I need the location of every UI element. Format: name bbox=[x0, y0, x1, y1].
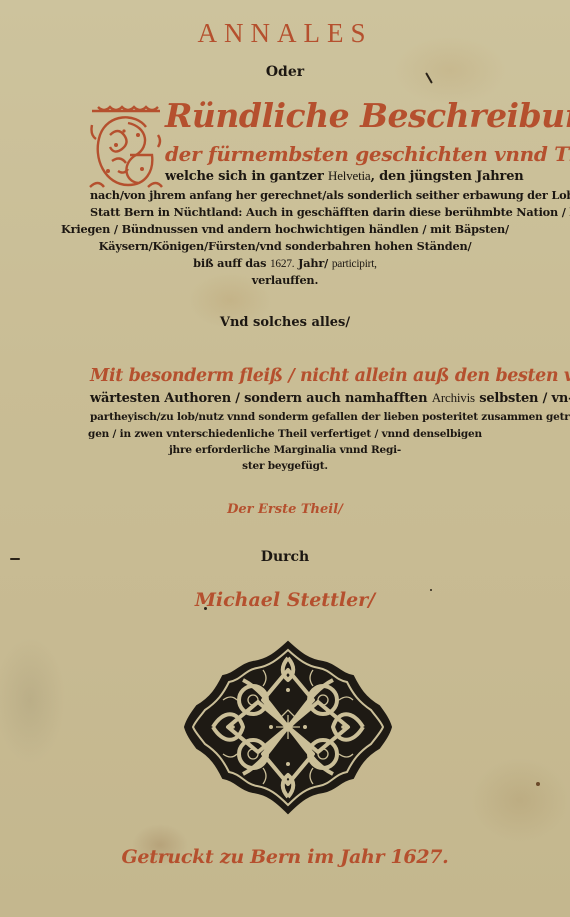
connector-oder: Oder bbox=[0, 64, 570, 80]
text-span: Jahr/ bbox=[294, 256, 331, 270]
description-line-7: verlauffen. bbox=[0, 273, 570, 287]
author-name: Michael Stettler/ bbox=[0, 589, 570, 611]
description-line-5: Käysern/Königen/Fürsten/vnd sonderbahren… bbox=[0, 239, 570, 253]
description-line-3: Statt Bern in Nüchtland: Auch in geschäf… bbox=[90, 205, 570, 219]
method-line-3: partheyisch/zu lob/nutz vnnd sonderm gef… bbox=[90, 411, 570, 423]
description-line-2: nach/von jhrem anfang her gerechnet/als … bbox=[90, 188, 570, 202]
description-line-1: welche sich in gantzer Helvetia, den jün… bbox=[165, 168, 524, 184]
method-line-4: gen / in zwen vnterschiedenliche Theil v… bbox=[0, 428, 570, 440]
ink-speck bbox=[430, 589, 432, 591]
text-span: selbsten / vn- bbox=[475, 391, 570, 406]
part-label: Der Erste Theil/ bbox=[0, 502, 570, 517]
text-span: welche sich in gantzer bbox=[165, 169, 328, 184]
description-line-6: biß auff das 1627. Jahr/ participirt, bbox=[0, 256, 570, 270]
ink-speck bbox=[10, 558, 20, 560]
method-line-6: ster beygefügt. bbox=[0, 460, 570, 472]
description-line-4: Kriegen / Bündnussen vnd andern hochwich… bbox=[0, 222, 570, 236]
foxing-spot bbox=[536, 782, 540, 786]
imprint-line: Getruckt zu Bern im Jahr 1627. bbox=[0, 846, 570, 868]
title-page: ANNALES Oder Ründliche Beschreibung der … bbox=[0, 0, 570, 917]
method-line-5: jhre erforderliche Marginalia vnnd Regi- bbox=[0, 444, 570, 456]
year: 1627. bbox=[270, 258, 294, 270]
roman-word: participirt, bbox=[332, 258, 377, 270]
text-span: , den jüngsten Jahren bbox=[370, 169, 523, 184]
title-annales: ANNALES bbox=[0, 18, 570, 49]
by-label: Durch bbox=[0, 549, 570, 565]
arabesque-ornament-icon bbox=[183, 640, 393, 815]
text-span: biß auff das bbox=[193, 256, 270, 270]
method-line-1: Mit besonderm fleiß / nicht allein auß d… bbox=[90, 366, 570, 386]
roman-word: Archivis bbox=[432, 390, 475, 405]
roman-word: Helvetia bbox=[328, 168, 370, 183]
title-line-1: Ründliche Beschreibung bbox=[165, 96, 570, 135]
method-line-2: wärtesten Authoren / sondern auch namhaf… bbox=[90, 390, 570, 406]
text-span: wärtesten Authoren / sondern auch namhaf… bbox=[90, 391, 432, 406]
decorated-initial-icon bbox=[88, 105, 164, 193]
title-line-2: der fürnembsten geschichten vnnd Thaten/ bbox=[165, 142, 570, 166]
transition-line: Vnd solches alles/ bbox=[0, 315, 570, 330]
ink-speck bbox=[204, 607, 207, 610]
